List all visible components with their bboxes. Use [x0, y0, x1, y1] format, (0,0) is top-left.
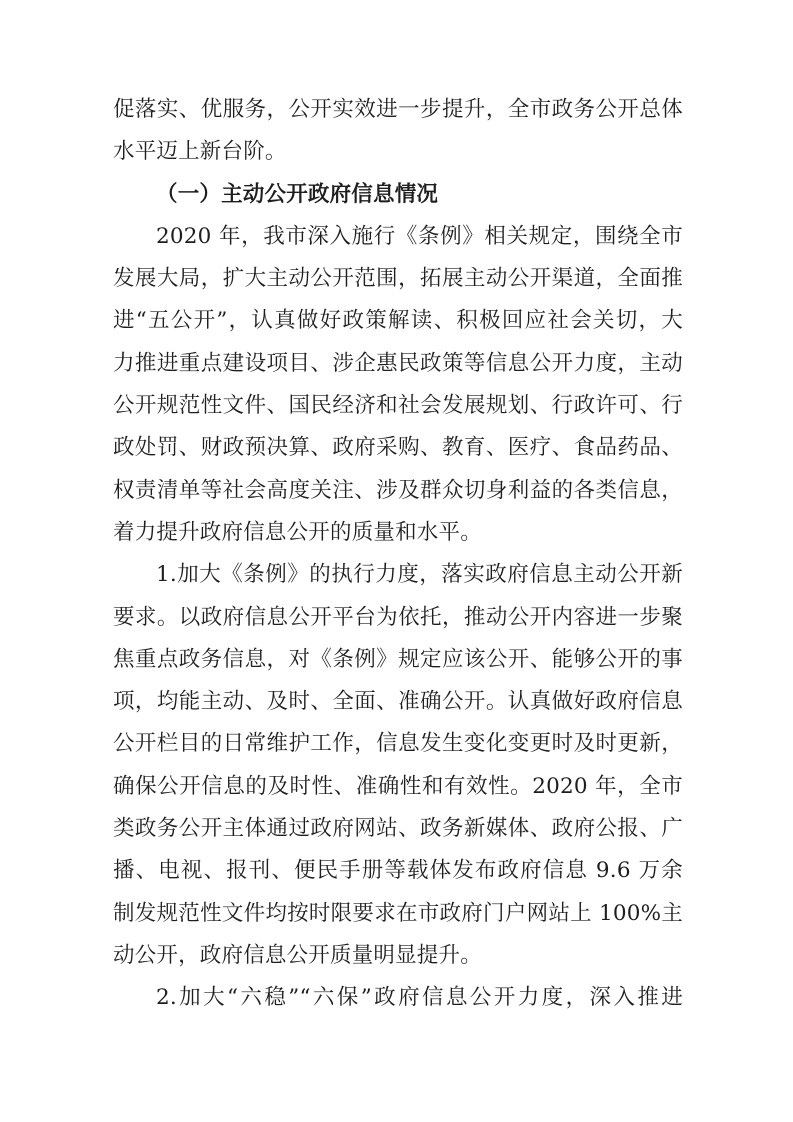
body-text-line: 焦重点政务信息，对《条例》规定应该公开、能够公开的事 — [113, 639, 683, 681]
body-text-line: 公开规范性文件、国民经济和社会发展规划、行政许可、行 — [113, 385, 683, 427]
body-text-line: 2020 年，我市深入施行《条例》相关规定，围绕全市 — [113, 216, 683, 258]
section-heading: （一）主动公开政府信息情况 — [113, 174, 683, 216]
body-text-line: 着力提升政府信息公开的质量和水平。 — [113, 512, 683, 554]
body-text-line: 项，均能主动、及时、全面、准确公开。认真做好政府信息 — [113, 681, 683, 723]
body-text-line: 类政务公开主体通过政府网站、政务新媒体、政府公报、广 — [113, 808, 683, 850]
body-text-line: 力推进重点建设项目、涉企惠民政策等信息公开力度，主动 — [113, 343, 683, 385]
body-text-line: 政处罚、财政预决算、政府采购、教育、医疗、食品药品、 — [113, 427, 683, 469]
body-text-line: 发展大局，扩大主动公开范围，拓展主动公开渠道，全面推 — [113, 258, 683, 300]
body-text-line: 确保公开信息的及时性、准确性和有效性。2020 年，全市各 — [113, 766, 683, 808]
body-text-line: 进“五公开”，认真做好政策解读、积极回应社会关切，大 — [113, 300, 683, 342]
body-text-line: 2.加大“六稳”“六保”政府信息公开力度，深入推进 — [113, 977, 683, 1019]
body-text-line: 播、电视、报刊、便民手册等载体发布政府信息 9.6 万余条， — [113, 850, 683, 892]
body-text-line: 动公开，政府信息公开质量明显提升。 — [113, 935, 683, 977]
body-text-line: 公开栏目的日常维护工作，信息发生变化变更时及时更新， — [113, 723, 683, 765]
body-text-line: 要求。以政府信息公开平台为依托，推动公开内容进一步聚 — [113, 597, 683, 639]
body-text-line: 促落实、优服务，公开实效进一步提升，全市政务公开总体 — [113, 89, 683, 131]
document-body: 促落实、优服务，公开实效进一步提升，全市政务公开总体水平迈上新台阶。（一）主动公… — [113, 89, 683, 1020]
body-text-line: 权责清单等社会高度关注、涉及群众切身利益的各类信息， — [113, 470, 683, 512]
body-text-line: 1.加大《条例》的执行力度，落实政府信息主动公开新 — [113, 554, 683, 596]
document-page: 促落实、优服务，公开实效进一步提升，全市政务公开总体水平迈上新台阶。（一）主动公… — [0, 0, 793, 1122]
body-text-line: 制发规范性文件均按时限要求在市政府门户网站上 100%主 — [113, 893, 683, 935]
body-text-line: 水平迈上新台阶。 — [113, 131, 683, 173]
